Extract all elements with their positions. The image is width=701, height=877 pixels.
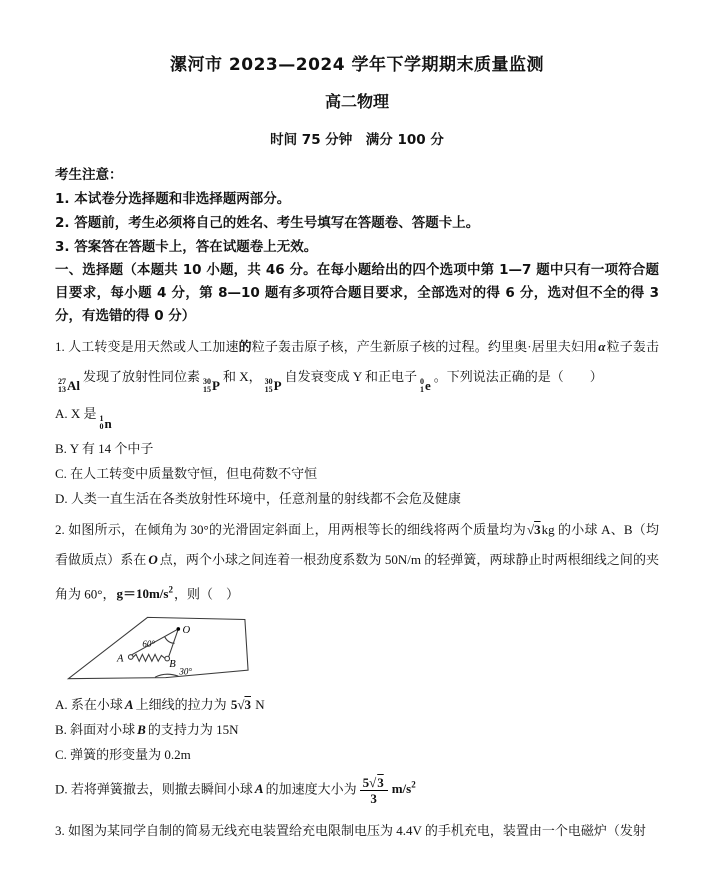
q1-seg-7: 自发衰变成 Y 和正电子 xyxy=(285,369,417,384)
nuclide-p1-symbol: P xyxy=(212,371,220,401)
q2a-ball-a: A xyxy=(123,697,136,712)
figure-label-o: O xyxy=(183,625,191,636)
nuclide-n-symbol: n xyxy=(105,411,112,436)
q1-option-c: C. 在人工转变中质量数守恒，但电荷数不守恒 xyxy=(55,461,659,486)
notice-item-2: 2. 答题前，考生必须将自己的姓名、考生号填写在答题卷、答题卡上。 xyxy=(55,211,659,235)
notice-item-3: 3. 答案答在答题卡上，答在试题卷上无效。 xyxy=(55,235,659,259)
q1-option-a: A. X 是10n xyxy=(55,401,659,436)
incline-outline xyxy=(68,617,248,678)
q1-option-a-text: A. X 是 xyxy=(55,406,97,421)
exam-meta: 时间 75 分钟 满分 100 分 xyxy=(55,128,659,148)
nuclide-n-charge: 0 xyxy=(100,423,104,431)
q2d-ball-a: A xyxy=(253,781,266,796)
nuclide-aluminium: 2713Al xyxy=(58,371,80,401)
sqrt-3-mass: √3 xyxy=(526,522,542,537)
q1-seg-4: 粒子轰击 xyxy=(607,339,659,354)
q2-figure-container: O A B 60° 30° xyxy=(61,611,659,690)
q1-option-b: B. Y 有 14 个中子 xyxy=(55,436,659,461)
exam-paper-page: 漯河市 2023—2024 学年下学期期末质量监测 高二物理 时间 75 分钟 … xyxy=(0,0,701,877)
q2-option-a: A. 系在小球A上细线的拉力为 5√3 N xyxy=(55,692,659,717)
q1-seg-5: 发现了放射性同位素 xyxy=(83,369,200,384)
q2a-value-5sqrt3: 5√3 xyxy=(230,697,252,712)
figure-angle-30: 30° xyxy=(178,666,192,676)
q1-seg-1: 1. 人工转变是用天然或人工加速 xyxy=(55,339,239,354)
point-o-label: O xyxy=(146,552,159,567)
incline-figure: O A B 60° 30° xyxy=(61,611,266,685)
nuclide-phosphorus-1: 3015P xyxy=(203,371,220,401)
notice-item-1: 1. 本试卷分选择题和非选择题两部分。 xyxy=(55,187,659,211)
q2-option-b: B. 斜面对小球B的支持力为 15N xyxy=(55,717,659,742)
q2d-fraction: 5√33 xyxy=(360,775,388,806)
nuclide-al-symbol: Al xyxy=(67,371,80,401)
nuclide-neutron: 10n xyxy=(100,411,112,436)
q1-option-d: D. 人类一直生活在各类放射性环境中，任意剂量的射线都不会危及健康 xyxy=(55,486,659,511)
alpha-symbol: α xyxy=(597,339,606,354)
figure-angle-60: 60° xyxy=(142,639,155,649)
angle-arc-60 xyxy=(165,636,175,643)
question-1-text: 1. 人工转变是用天然或人工加速的粒子轰击原子核，产生新原子核的过程。约里奥·居… xyxy=(55,332,659,401)
q1-seg-6: 和 X， xyxy=(223,369,262,384)
q2-seg-1: 2. 如图所示，在倾角为 30°的光滑固定斜面上，用两根等长的细线将两个质量均为 xyxy=(55,522,526,537)
q2b-ball-b: B xyxy=(135,722,148,737)
gravity-expression: g＝10m/s2 xyxy=(115,586,174,601)
ball-a xyxy=(128,654,133,659)
exam-subtitle: 高二物理 xyxy=(55,89,659,112)
q1-seg-8: 。下列说法正确的是（ ） xyxy=(434,369,603,384)
section-1-header: 一、选择题（本题共 10 小题，共 46 分。在每小题给出的四个选项中第 1—7… xyxy=(55,259,659,328)
nuclide-positron: 01e xyxy=(420,371,431,401)
q2-option-c: C. 弹簧的形变量为 0.2m xyxy=(55,742,659,767)
nuclide-e-charge: 1 xyxy=(420,386,424,394)
exam-title: 漯河市 2023—2024 学年下学期期末质量监测 xyxy=(55,50,659,75)
figure-label-b: B xyxy=(169,659,176,670)
q2-seg-4: ，则（ ） xyxy=(174,586,239,601)
nuclide-p2-charge: 15 xyxy=(265,386,273,394)
figure-label-a: A xyxy=(116,654,124,665)
nuclide-al-charge: 13 xyxy=(58,386,66,394)
q2d-unit: m/s2 xyxy=(391,781,417,796)
nuclide-e-symbol: e xyxy=(425,371,431,401)
q2-option-d: D. 若将弹簧撤去，则撤去瞬间小球A的加速度大小为5√33m/s2 xyxy=(55,773,659,806)
spring xyxy=(133,654,165,661)
question-3-text: 3. 如图为某同学自制的简易无线充电装置给充电限制电压为 4.4V 的手机充电，… xyxy=(55,816,659,846)
point-o-dot xyxy=(177,627,181,631)
q1-seg-3: 粒子轰击原子核，产生新原子核的过程。约里奥·居里夫妇用 xyxy=(252,339,598,354)
notice-header: 考生注意： xyxy=(55,163,659,187)
question-2-text: 2. 如图所示，在倾角为 30°的光滑固定斜面上，用两根等长的细线将两个质量均为… xyxy=(55,515,659,609)
nuclide-p1-charge: 15 xyxy=(203,386,211,394)
nuclide-p2-symbol: P xyxy=(274,371,282,401)
q1-seg-2: 的 xyxy=(239,339,252,354)
nuclide-phosphorus-2: 3015P xyxy=(265,371,282,401)
